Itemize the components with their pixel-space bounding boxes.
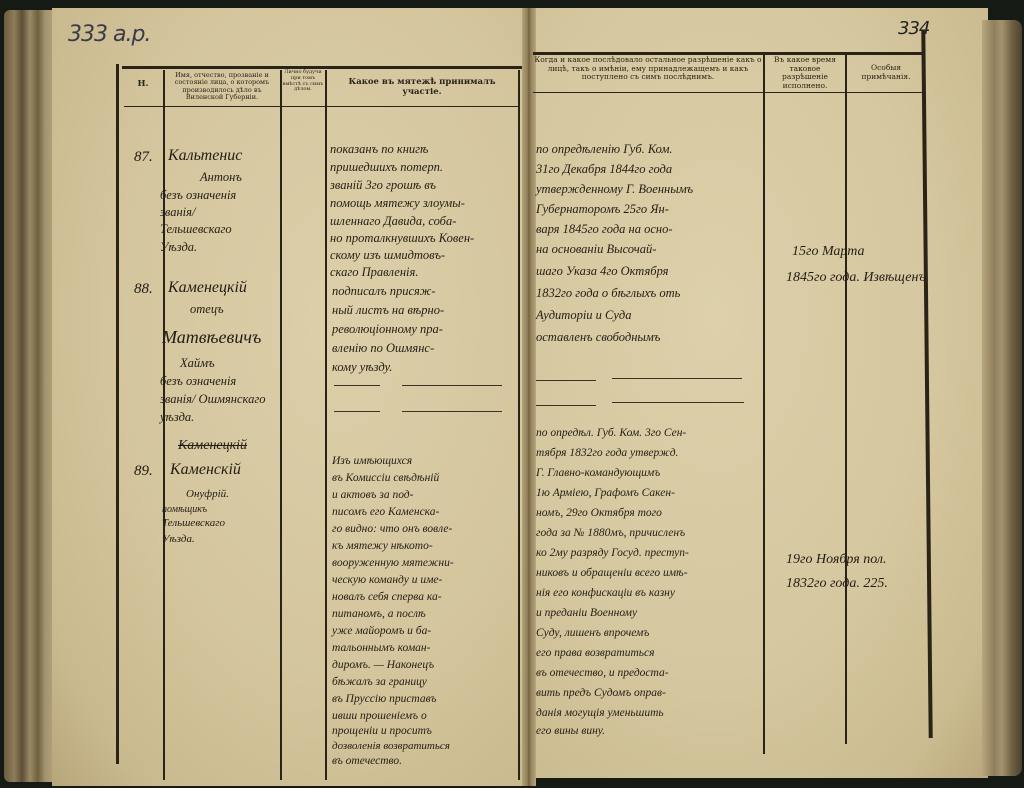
book-gutter [522, 8, 536, 786]
blank-rule [612, 378, 742, 379]
right-page-stack [982, 20, 1022, 776]
header-number: Н. [124, 80, 162, 90]
blank-rule [536, 405, 596, 406]
header-name: Имя, отчество, прозваніе и состояніе лиц… [165, 72, 279, 102]
header-participation: Какое въ мятежѣ принималъ участіе. [328, 78, 516, 98]
entry-number: 89. [134, 462, 153, 482]
left-page-inner-border [518, 70, 520, 780]
entry-number: 88. [134, 280, 153, 300]
left-page [52, 8, 526, 786]
left-page-stack [4, 10, 56, 782]
table-left-border [116, 64, 119, 764]
header-executed-when: Въ какое время таковое разрѣшеніе исполн… [766, 56, 844, 91]
blank-rule [612, 402, 744, 403]
blank-rule [402, 385, 502, 386]
header-bottom-rule-left [124, 106, 520, 107]
blank-rule [536, 380, 596, 381]
left-page-number: 333 a.p. [68, 22, 150, 47]
col-divider-name [280, 70, 282, 780]
col-divider-executed [845, 54, 847, 744]
header-remarks: Особыя примѣчанія. [848, 64, 924, 81]
entry-number: 87. [134, 148, 153, 168]
table-top-rule-left [122, 66, 522, 69]
col-divider-present [325, 70, 327, 780]
header-was-present: Лично будучи при томъ вмѣстѣ съ симъ дѣл… [282, 70, 324, 93]
struck-name: Каменецкій [178, 436, 247, 456]
blank-rule [334, 385, 380, 386]
open-ledger-book: 333 a.p. 334 Н. Имя, отчество, прозваніе… [0, 0, 1024, 788]
col-divider-resolution [763, 54, 765, 754]
header-bottom-rule-right [533, 92, 923, 93]
blank-rule [334, 411, 380, 412]
blank-rule [402, 411, 502, 412]
header-final-resolution: Когда и какое послѣдовало остальное разр… [534, 56, 762, 82]
